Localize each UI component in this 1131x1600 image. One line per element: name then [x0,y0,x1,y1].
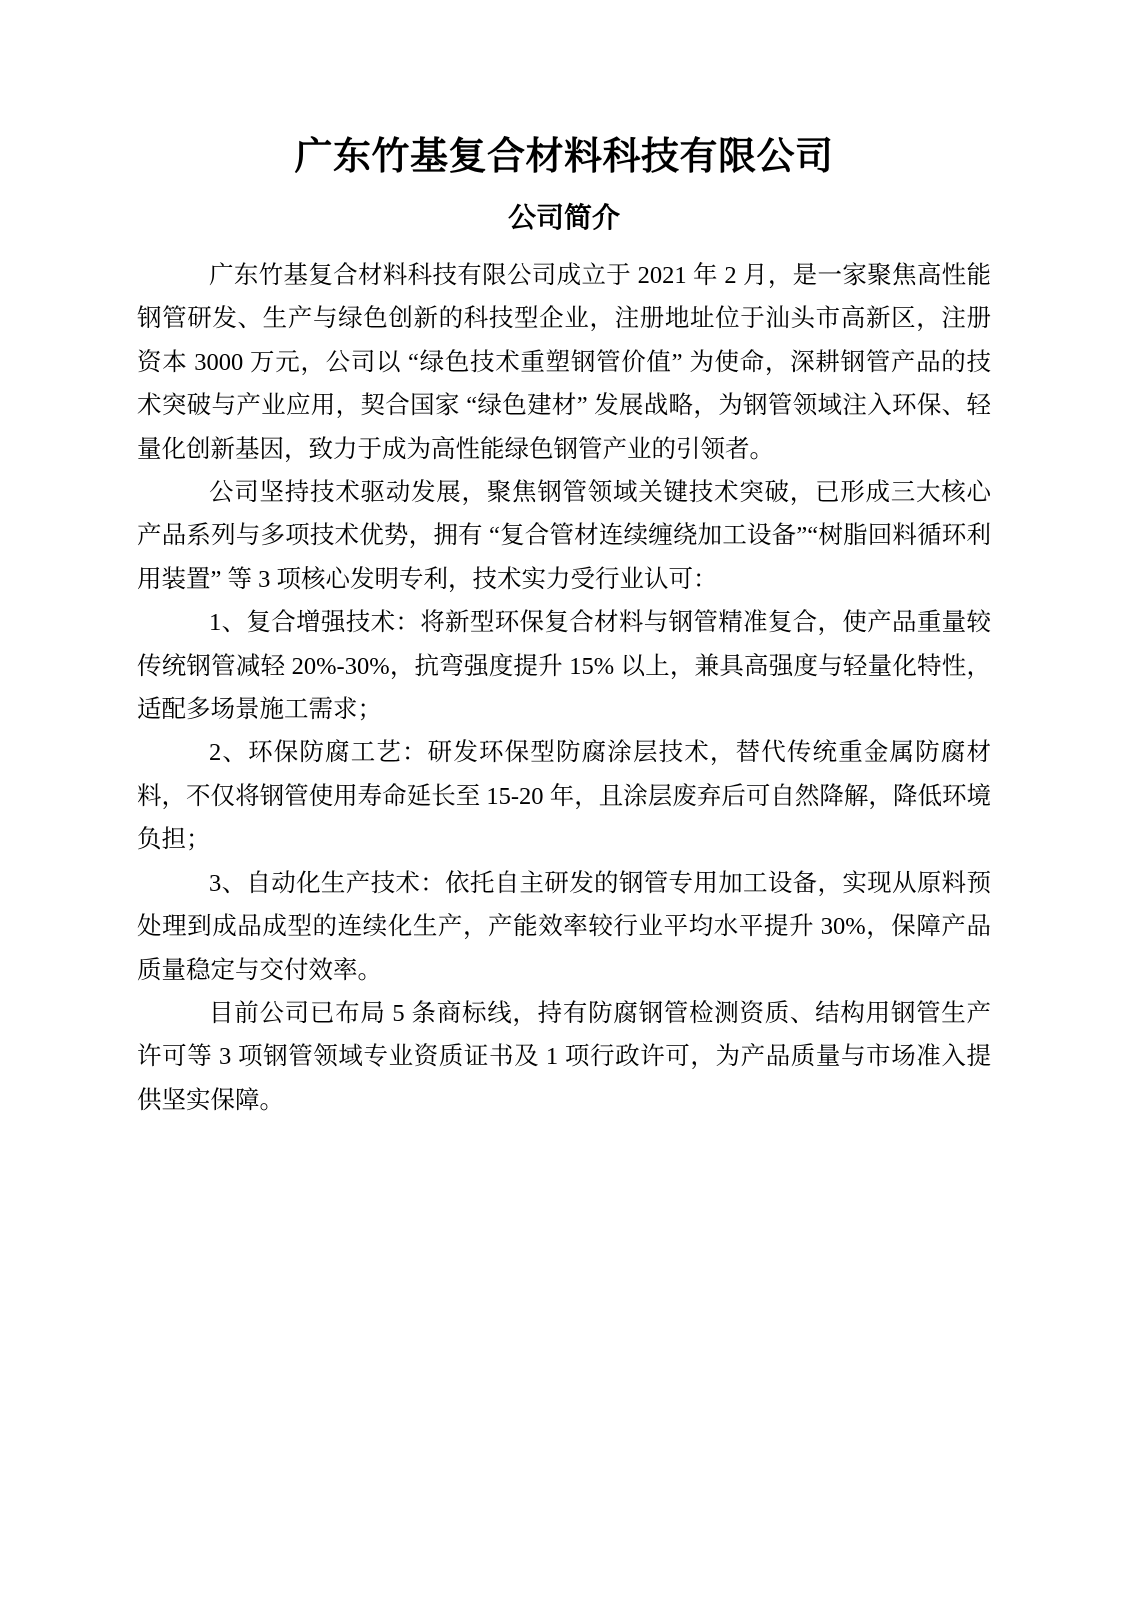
paragraph-tech-1-composite-reinforcement: 1、复合增强技术：将新型环保复合材料与钢管精准复合，使产品重量较传统钢管减轻 2… [137,601,991,731]
document-page: 广东竹基复合材料科技有限公司 公司简介 广东竹基复合材料科技有限公司成立于 20… [0,0,1131,1600]
paragraph-tech-3-automated-production: 3、自动化生产技术：依托自主研发的钢管专用加工设备，实现从原料预处理到成品成型的… [137,862,991,992]
paragraph-company-overview: 广东竹基复合材料科技有限公司成立于 2021 年 2 月，是一家聚焦高性能钢管研… [137,254,991,471]
document-content: 广东竹基复合材料科技有限公司 公司简介 广东竹基复合材料科技有限公司成立于 20… [137,132,991,1122]
paragraph-technology-patents: 公司坚持技术驱动发展，聚焦钢管领域关键技术突破，已形成三大核心产品系列与多项技术… [137,471,991,601]
document-title: 广东竹基复合材料科技有限公司 [137,132,991,182]
document-body: 广东竹基复合材料科技有限公司成立于 2021 年 2 月，是一家聚焦高性能钢管研… [137,254,991,1122]
document-subtitle: 公司简介 [137,202,991,236]
paragraph-tech-2-anticorrosion-process: 2、环保防腐工艺：研发环保型防腐涂层技术，替代传统重金属防腐材料，不仅将钢管使用… [137,731,991,861]
paragraph-qualifications: 目前公司已布局 5 条商标线，持有防腐钢管检测资质、结构用钢管生产许可等 3 项… [137,992,991,1122]
